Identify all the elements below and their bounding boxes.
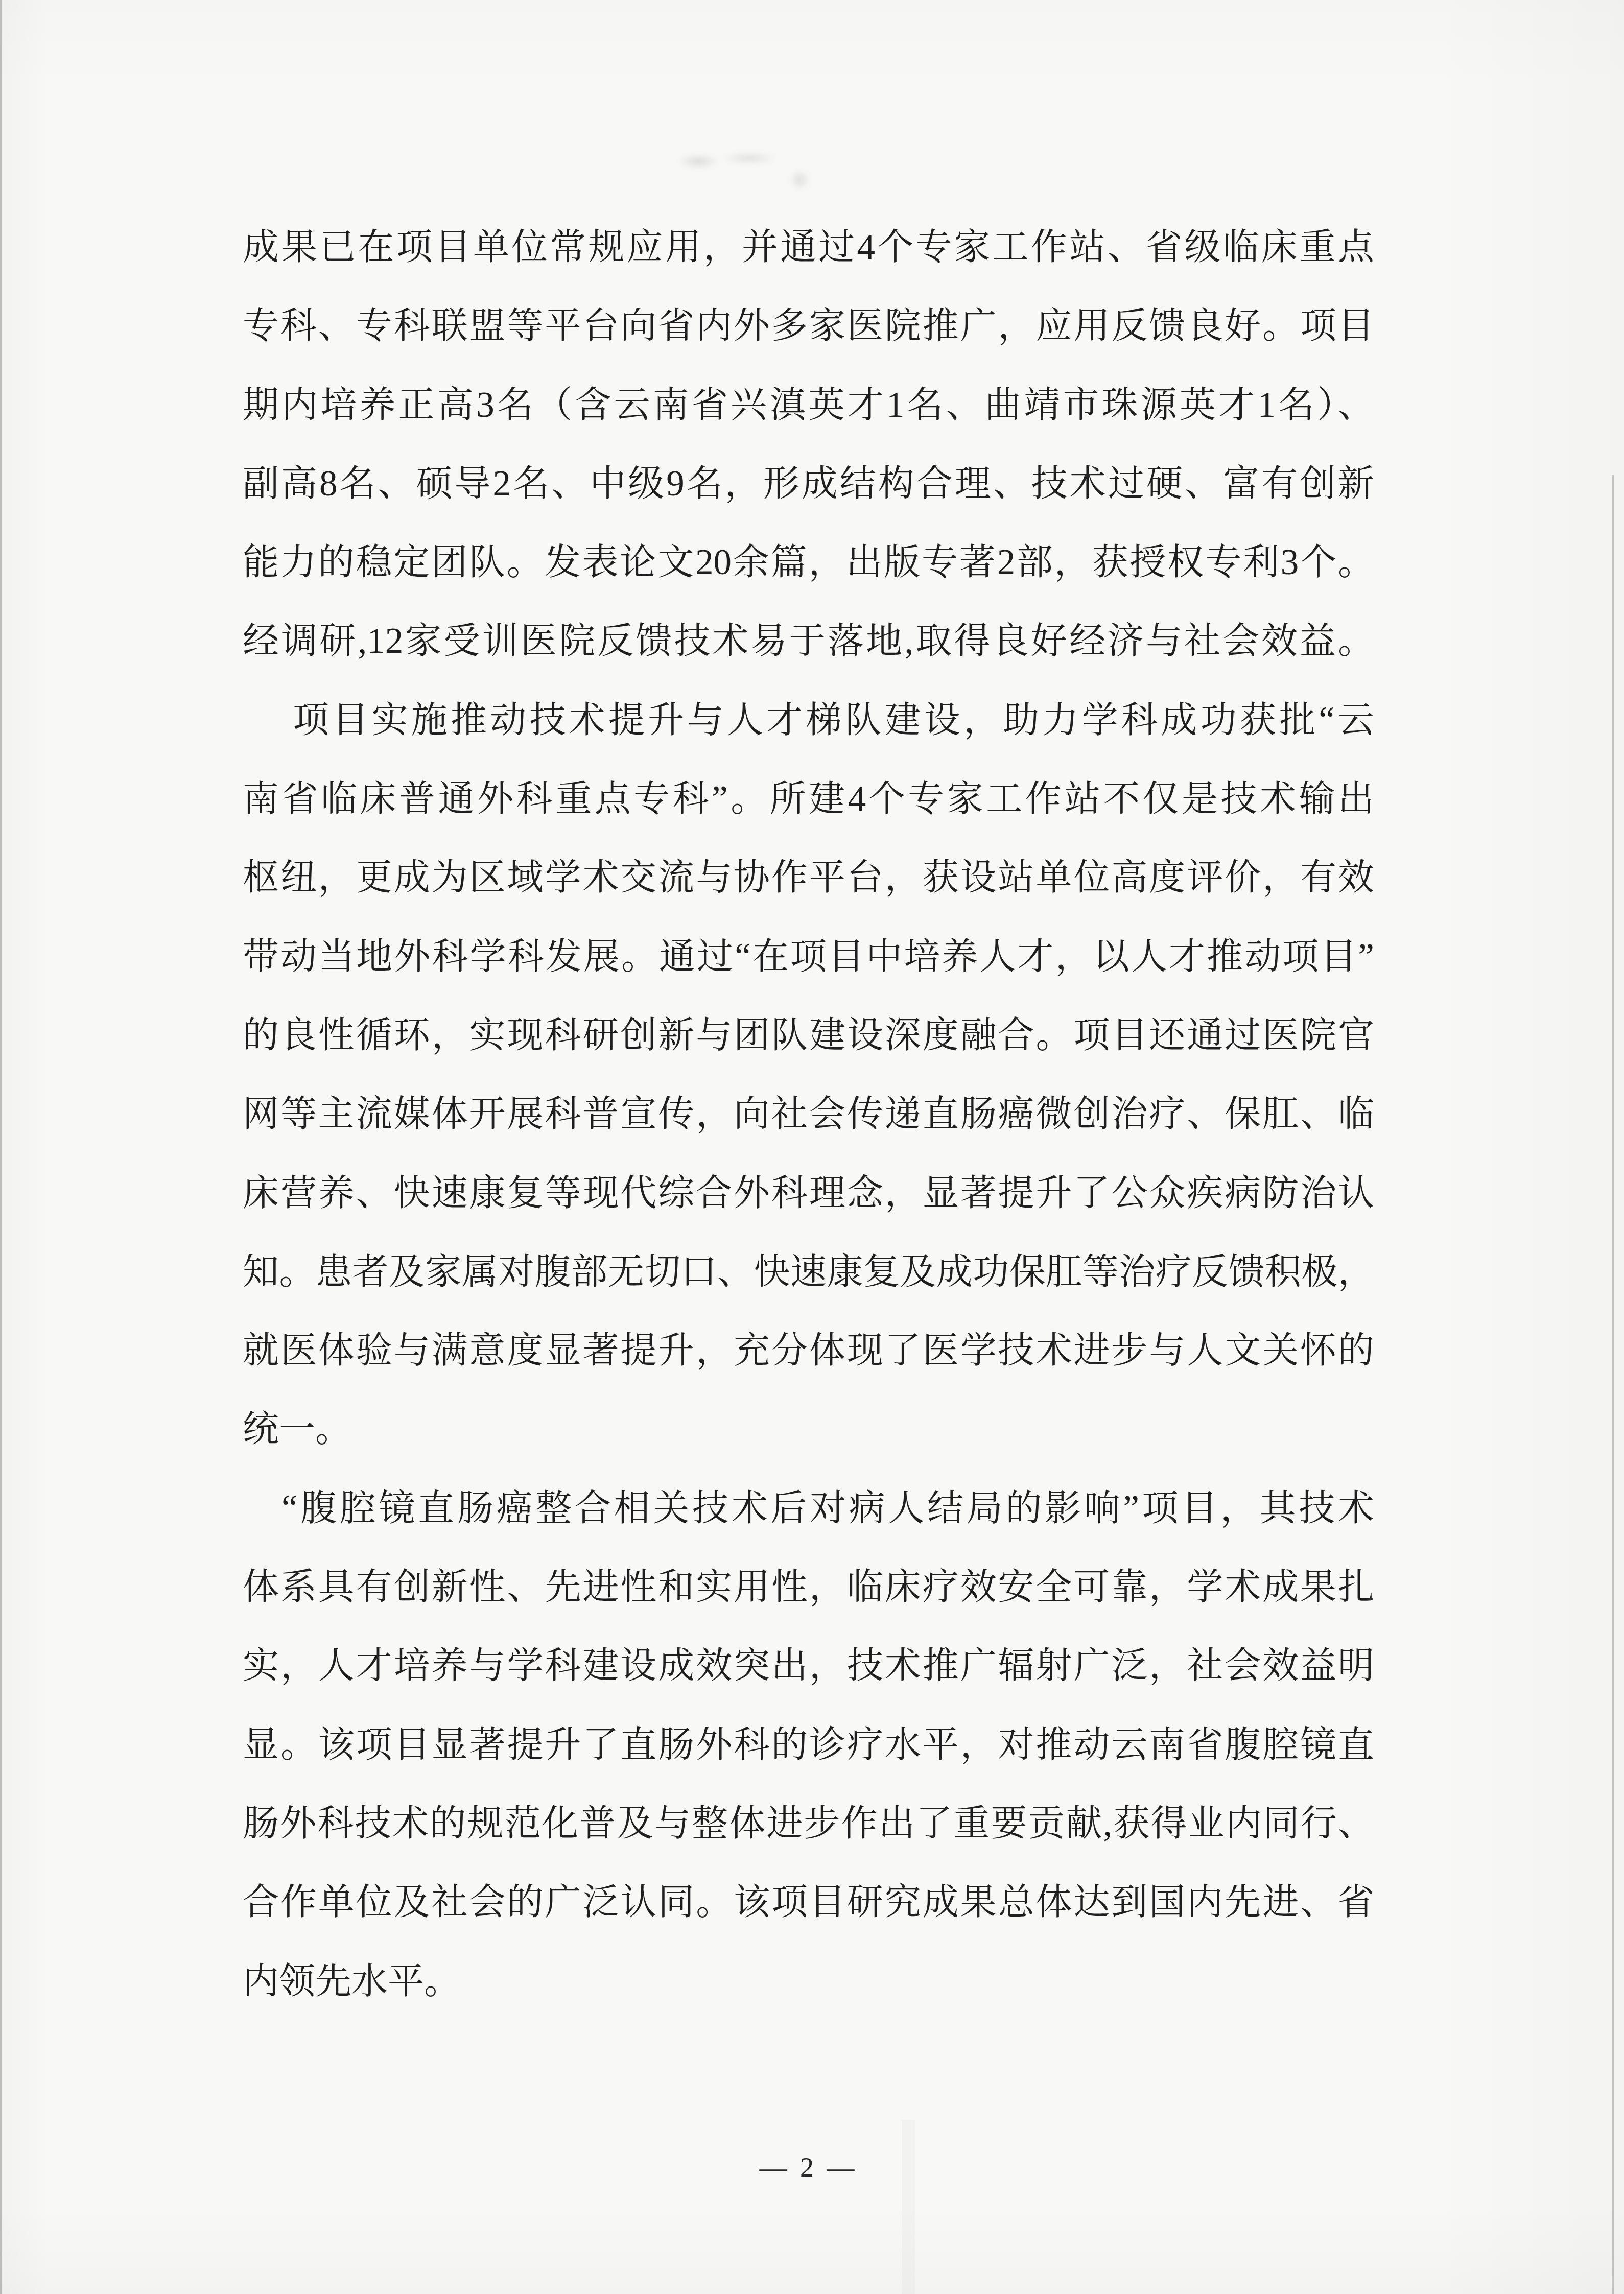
text-line: 内领先水平。 [243, 1942, 1374, 2021]
text-block: 成果已在项目单位常规应用，并通过4个专家工作站、省级临床重点专科、专科联盟等平台… [243, 208, 1374, 2021]
scanned-page: 成果已在项目单位常规应用，并通过4个专家工作站、省级临床重点专科、专科联盟等平台… [0, 0, 1624, 2294]
scan-band-bottom [902, 2120, 915, 2294]
text-line: 显。该项目显著提升了直肠外科的诊疗水平，对推动云南省腹腔镜直 [243, 1706, 1374, 1784]
text-line: 专科、专科联盟等平台向省内外多家医院推广，应用反馈良好。项目 [243, 287, 1374, 365]
text-line: 合作单位及社会的广泛认同。该项目研究成果总体达到国内先进、省 [243, 1863, 1374, 1942]
scan-edge-left [0, 0, 2, 2294]
text-line: 统一。 [243, 1390, 1374, 1469]
paragraph: 成果已在项目单位常规应用，并通过4个专家工作站、省级临床重点专科、专科联盟等平台… [243, 208, 1374, 681]
text-line: 期内培养正高3名（含云南省兴滇英才1名、曲靖市珠源英才1名）、 [243, 366, 1374, 444]
text-line: 成果已在项目单位常规应用，并通过4个专家工作站、省级临床重点 [243, 208, 1374, 287]
text-line: 的良性循环，实现科研创新与团队建设深度融合。项目还通过医院官 [243, 996, 1374, 1075]
paragraph: 项目实施推动技术提升与人才梯队建设，助力学科成功获批“云南省临床普通外科重点专科… [243, 681, 1374, 1469]
text-line: 体系具有创新性、先进性和实用性，临床疗效安全可靠，学术成果扎 [243, 1548, 1374, 1626]
text-line: 就医体验与满意度显著提升，充分体现了医学技术进步与人文关怀的 [243, 1311, 1374, 1390]
text-line: 床营养、快速康复等现代综合外科理念，显著提升了公众疾病防治认 [243, 1154, 1374, 1233]
text-line: 实，人才培养与学科建设成效突出，技术推广辐射广泛，社会效益明 [243, 1626, 1374, 1705]
text-line: 副高8名、硕导2名、中级9名，形成结构合理、技术过硬、富有创新 [243, 444, 1374, 523]
text-line: 经调研,12家受训医院反馈技术易于落地,取得良好经济与社会效益。 [243, 602, 1374, 680]
text-line: 网等主流媒体开展科普宣传，向社会传递直肠癌微创治疗、保肛、临 [243, 1075, 1374, 1153]
scan-smudge [656, 134, 825, 195]
text-line: 南省临床普通外科重点专科”。所建4个专家工作站不仅是技术输出 [243, 760, 1374, 838]
text-line: “腹腔镜直肠癌整合相关技术后对病人结局的影响”项目，其技术 [243, 1469, 1374, 1548]
text-line: 能力的稳定团队。发表论文20余篇，出版专著2部，获授权专利3个。 [243, 523, 1374, 602]
paragraph: “腹腔镜直肠癌整合相关技术后对病人结局的影响”项目，其技术体系具有创新性、先进性… [243, 1469, 1374, 2021]
text-line: 带动当地外科学科发展。通过“在项目中培养人才，以人才推动项目” [243, 917, 1374, 996]
text-line: 肠外科技术的规范化普及与整体进步作出了重要贡献,获得业内同行、 [243, 1784, 1374, 1863]
text-line: 项目实施推动技术提升与人才梯队建设，助力学科成功获批“云 [243, 681, 1374, 760]
text-line: 枢纽，更成为区域学术交流与协作平台，获设站单位高度评价，有效 [243, 838, 1374, 917]
text-line: 知。患者及家属对腹部无切口、快速康复及成功保肛等治疗反馈积极， [243, 1233, 1374, 1311]
scan-line-right [1612, 475, 1614, 2294]
page-number: — 2 — [243, 2151, 1374, 2183]
